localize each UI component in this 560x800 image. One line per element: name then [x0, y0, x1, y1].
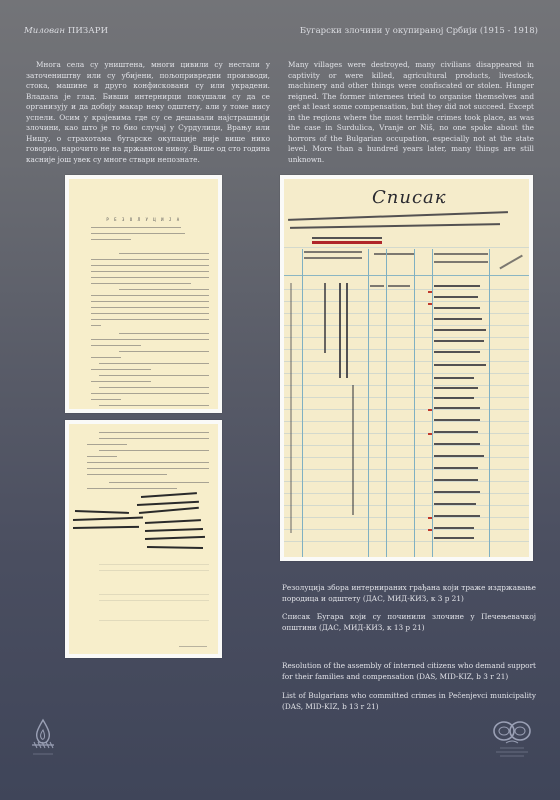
book-title: Бугарски злочини у окупираној Србији (19… — [300, 26, 538, 36]
document-paper — [69, 424, 218, 654]
document-paper: Списак — [284, 179, 529, 557]
author-name: Милован ПИЗАРИ — [24, 26, 108, 36]
document-heading: Р Е З О Л У Ц И Ј А — [69, 217, 218, 222]
document-list-of-bulgarians: Списак — [280, 175, 533, 561]
document-heading: Списак — [372, 187, 447, 208]
document-paper: Р Е З О Л У Ц И Ј А — [69, 179, 218, 409]
caption-resolution-serbian: Резолуција збора интернираних грађана ко… — [282, 583, 536, 604]
intro-text-english: Many villages were destroyed, many civil… — [288, 60, 534, 165]
document-resolution-page-1: Р Е З О Л У Ц И Ј А — [65, 175, 222, 413]
flame-barbed-wire-logo-icon — [30, 718, 56, 760]
caption-list-english: List of Bulgarians who committed crimes … — [282, 691, 536, 712]
author-first-name: Милован — [24, 26, 65, 36]
caption-list-serbian: Списак Бугара који су починили злочине у… — [282, 612, 536, 633]
caption-resolution-english: Resolution of the assembly of interned c… — [282, 661, 536, 682]
intro-text-serbian: Многа села су уништена, многи цивили су … — [26, 60, 270, 165]
red-underline — [312, 241, 382, 244]
knot-emblem-logo-icon — [492, 718, 532, 760]
author-last-name: ПИЗАРИ — [68, 26, 108, 36]
document-resolution-page-2 — [65, 420, 222, 658]
